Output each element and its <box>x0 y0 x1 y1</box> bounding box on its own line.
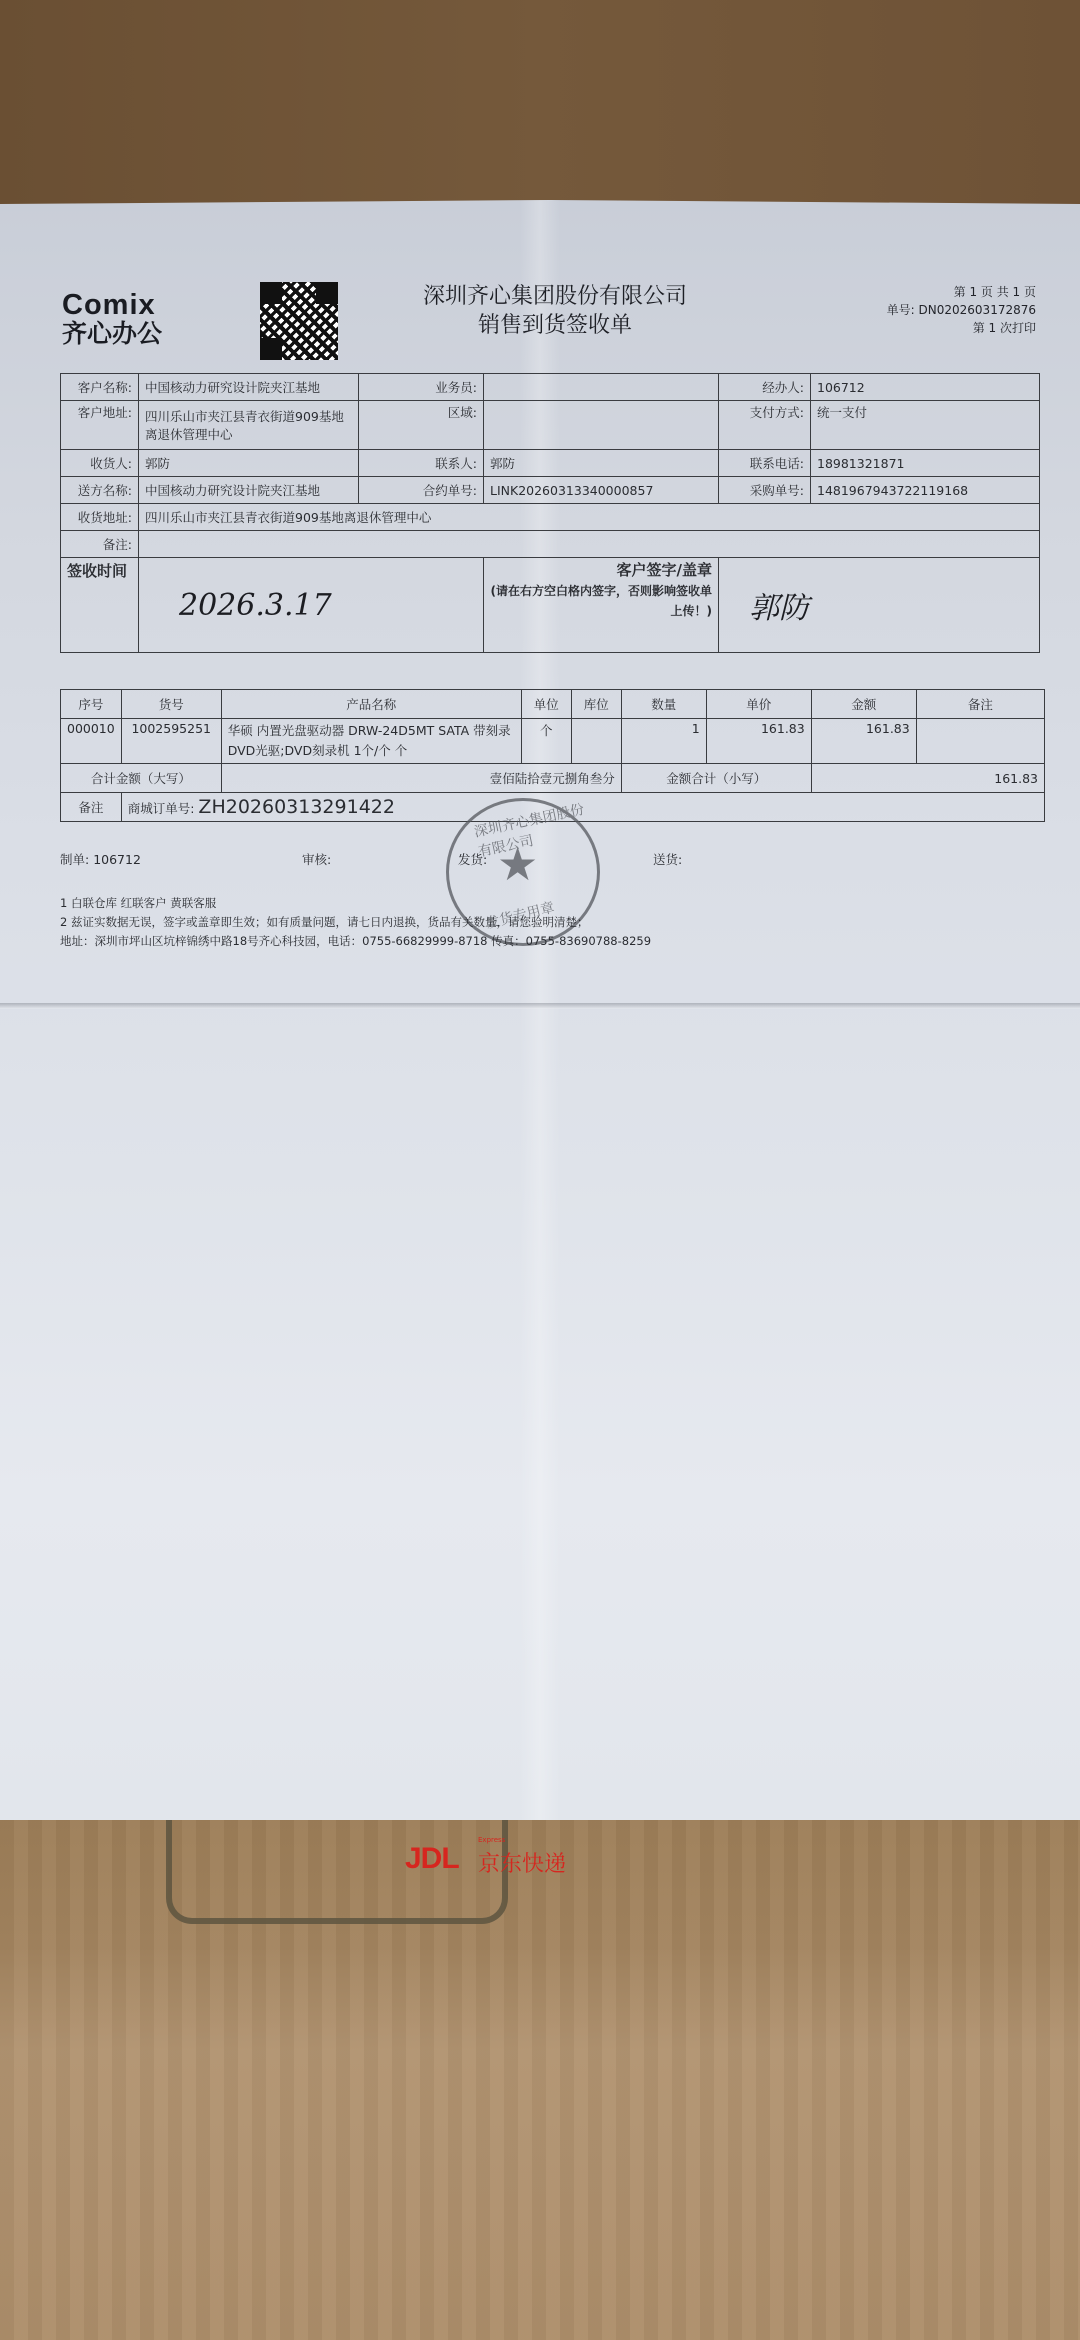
cardboard-background-bottom <box>0 1815 1080 2340</box>
items-table: 序号 货号 产品名称 单位 库位 数量 单价 金额 备注 000010 1002… <box>60 689 1045 822</box>
terms-note: 2 兹证实数据无误，签字或盖章即生效；如有质量问题，请七日内退换，货品有关数量，… <box>60 913 651 932</box>
item-seq: 000010 <box>61 719 122 764</box>
ship-to: 中国核动力研究设计院夹江基地 <box>139 477 359 504</box>
col-header: 货号 <box>121 690 221 719</box>
paper-fold-horizontal <box>0 1003 1080 1009</box>
phone-label: 联系电话: <box>719 450 811 477</box>
document-meta: 第 1 页 共 1 页 单号: DN0202603172876 第 1 次打印 <box>887 283 1036 337</box>
customer-sign-note: (请在右方空白格内签字，否则影响签收单上传！) <box>491 584 713 618</box>
cardboard-background-top <box>0 0 1080 210</box>
handler: 106712 <box>811 374 1040 401</box>
page-info: 第 1 页 共 1 页 <box>887 283 1036 301</box>
payment: 统一支付 <box>811 401 1040 450</box>
customer-name-label: 客户名称: <box>61 374 139 401</box>
col-header: 数量 <box>621 690 706 719</box>
col-header: 库位 <box>571 690 621 719</box>
remark <box>139 531 1040 558</box>
region <box>484 401 719 450</box>
document-title: 深圳齐心集团股份有限公司 销售到货签收单 <box>410 282 700 340</box>
item-qty: 1 <box>621 719 706 764</box>
total-row: 合计金额（大写） 壹佰陆拾壹元捌角叁分 金额合计（小写） 161.83 <box>61 764 1045 793</box>
ship-to-label: 送方名称: <box>61 477 139 504</box>
contract-label: 合约单号: <box>359 477 484 504</box>
handwritten-signature: 郭防 <box>749 591 809 626</box>
receiver-label: 收货人: <box>61 450 139 477</box>
item-note <box>916 719 1044 764</box>
purchase-number: 1481967943722119168 <box>811 477 1040 504</box>
col-header: 单价 <box>706 690 811 719</box>
purchase-label: 采购单号: <box>719 477 811 504</box>
customer-address: 四川乐山市夹江县青衣街道909基地离退休管理中心 <box>139 401 359 450</box>
item-amount: 161.83 <box>811 719 916 764</box>
item-sku: 1002595251 <box>121 719 221 764</box>
star-icon: ★ <box>497 837 538 891</box>
comix-logo: Comix 齐心办公 <box>62 291 162 349</box>
delivery-address-label: 收货地址: <box>61 504 139 531</box>
customer-address-label: 客户地址: <box>61 401 139 450</box>
receiver: 郭防 <box>139 450 359 477</box>
payment-label: 支付方式: <box>719 401 811 450</box>
doc-number: 单号: DN0202603172876 <box>887 301 1036 319</box>
courier-name: 京东快递 <box>478 1847 566 1878</box>
customer-sign-instructions: 客户签字/盖章(请在右方空白格内签字，否则影响签收单上传！) <box>484 558 719 653</box>
maker: 制单: 106712 <box>60 850 141 868</box>
logo-text-cn: 齐心办公 <box>62 319 162 349</box>
review-label: 审核: <box>302 850 331 868</box>
total-lower: 161.83 <box>811 764 1044 793</box>
item-name: 华硕 内置光盘驱动器 DRW-24D5MT SATA 带刻录 DVD光驱;DVD… <box>221 719 521 764</box>
footer-notes: 1 白联仓库 红联客户 黄联客服 2 兹证实数据无误，签字或盖章即生效；如有质量… <box>60 894 651 951</box>
customer-name: 中国核动力研究设计院夹江基地 <box>139 374 359 401</box>
customer-sign-label: 客户签字/盖章 <box>617 561 712 579</box>
col-header: 序号 <box>61 690 122 719</box>
contract-number: LINK20260313340000857 <box>484 477 719 504</box>
signature-box: 郭防 <box>719 558 1040 653</box>
col-header: 备注 <box>916 690 1044 719</box>
mall-order-number: ZH20260313291422 <box>198 796 395 818</box>
table-row: 000010 1002595251 华硕 内置光盘驱动器 DRW-24D5MT … <box>61 719 1045 764</box>
courier-small-text: Express <box>478 1836 505 1844</box>
total-lower-label: 金额合计（小写） <box>621 764 811 793</box>
remark-label: 备注: <box>61 531 139 558</box>
copies-note: 1 白联仓库 红联客户 黄联客服 <box>60 894 651 913</box>
total-upper-label: 合计金额（大写） <box>61 764 222 793</box>
doc-title: 销售到货签收单 <box>410 311 700 340</box>
total-upper: 壹佰陆拾壹元捌角叁分 <box>221 764 621 793</box>
col-header: 金额 <box>811 690 916 719</box>
item-unit: 个 <box>521 719 571 764</box>
salesman <box>484 374 719 401</box>
company-address: 地址：深圳市坪山区坑梓锦绣中路18号齐心科技园，电话：0755-66829999… <box>60 932 651 951</box>
salesman-label: 业务员: <box>359 374 484 401</box>
item-price: 161.83 <box>706 719 811 764</box>
item-location <box>571 719 621 764</box>
sign-time-label: 签收时间 <box>61 558 139 653</box>
phone: 18981321871 <box>811 450 1040 477</box>
logo-text-en: Comix <box>62 291 162 319</box>
sign-time-value: 2026.3.17 <box>139 558 484 653</box>
contact: 郭防 <box>484 450 719 477</box>
region-label: 区域: <box>359 401 484 450</box>
delivery-address: 四川乐山市夹江县青衣街道909基地离退休管理中心 <box>139 504 1040 531</box>
jdl-logo-icon: JDL <box>405 1842 459 1876</box>
contact-label: 联系人: <box>359 450 484 477</box>
company-name: 深圳齐心集团股份有限公司 <box>410 282 700 311</box>
handler-label: 经办人: <box>719 374 811 401</box>
deliver-label: 送货: <box>653 850 682 868</box>
customer-info-table: 客户名称: 中国核动力研究设计院夹江基地 业务员: 经办人: 106712 客户… <box>60 373 1040 653</box>
qr-code-icon <box>260 282 338 360</box>
col-header: 产品名称 <box>221 690 521 719</box>
order-remark-label: 备注 <box>61 793 122 822</box>
col-header: 单位 <box>521 690 571 719</box>
handwritten-date: 2026.3.17 <box>179 588 332 623</box>
print-count: 第 1 次打印 <box>887 319 1036 337</box>
items-header-row: 序号 货号 产品名称 单位 库位 数量 单价 金额 备注 <box>61 690 1045 719</box>
